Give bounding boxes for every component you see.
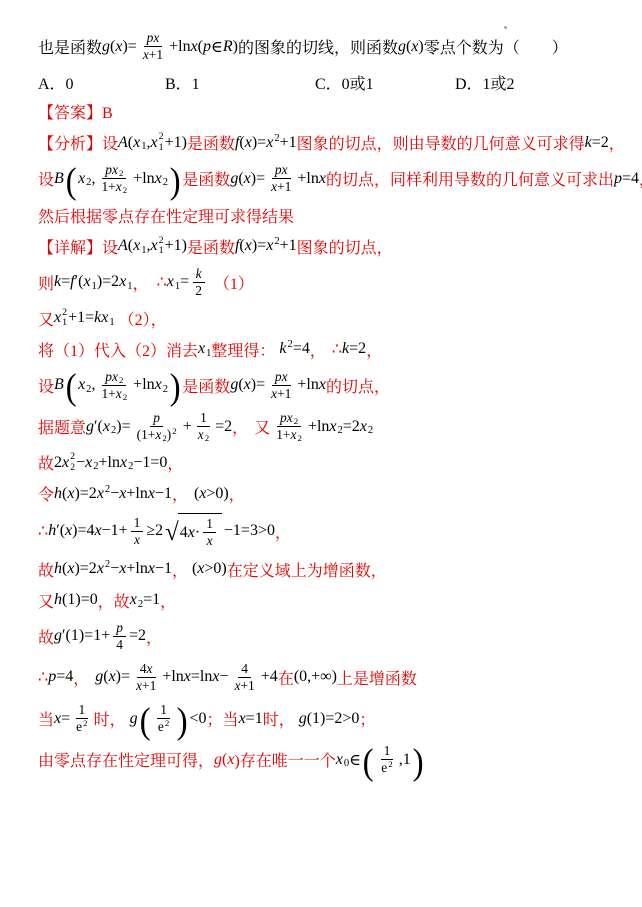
math-text: +1 xyxy=(240,678,254,694)
math-var: px xyxy=(147,30,160,46)
fraction: px21+x2 xyxy=(98,369,130,402)
math-text: − xyxy=(110,560,119,578)
math-var: x xyxy=(116,386,122,402)
subscript: 1 xyxy=(141,245,146,256)
text-run-red: 当 xyxy=(38,707,54,730)
math-var: x xyxy=(97,560,104,578)
text-run-red: ， xyxy=(160,589,176,612)
math-text: =4 xyxy=(56,668,73,686)
detail-line-7: 故2x22−x2+lnx2−1=0， xyxy=(38,451,622,474)
answer-line: 【答案】B xyxy=(38,100,622,123)
fraction-denominator: x2 xyxy=(195,427,212,443)
math-text: 零点个数为（ ） xyxy=(424,35,568,58)
detail-line-4: 将（1）代入（2）消去x1整理得：k2=4，∴k=2， xyxy=(38,338,622,361)
math-var: x xyxy=(78,376,85,394)
fraction-denominator: 1+x2 xyxy=(98,386,130,402)
fraction-denominator: x xyxy=(204,533,216,549)
math-text: )=4 xyxy=(72,522,94,540)
math-var: x xyxy=(115,38,122,56)
option-B: B．1 xyxy=(165,71,315,94)
math-var: x xyxy=(207,533,213,549)
text-run-red: ， xyxy=(366,338,382,361)
fraction-denominator: 1+x2 xyxy=(273,427,305,443)
text-run-red: 又 xyxy=(38,589,54,612)
math-text: +ln xyxy=(99,454,120,472)
math-text: +1 xyxy=(149,47,163,63)
math-text: )= xyxy=(252,237,266,255)
math-var: k xyxy=(342,340,349,358)
math-var: p xyxy=(203,38,211,56)
text-run-red: ∴ xyxy=(157,272,167,292)
math-text: <0 xyxy=(190,710,207,728)
superscript: 2 xyxy=(105,484,110,495)
math-var: k xyxy=(279,340,286,358)
math-text: +ln xyxy=(297,376,318,394)
math-text: +ln xyxy=(162,668,183,686)
stray-mark xyxy=(504,26,507,29)
subscript: 2 xyxy=(368,425,373,436)
subscript: 1 xyxy=(159,143,164,153)
math-text: )=2 xyxy=(97,273,119,291)
math-var: x xyxy=(244,170,251,188)
subscript: 2 xyxy=(86,384,91,395)
math-var: x xyxy=(148,485,155,503)
subscript: 1 xyxy=(92,281,97,292)
math-var: g xyxy=(54,627,62,645)
subscript: 2 xyxy=(93,461,98,472)
text-run-red: ∴ xyxy=(332,339,342,359)
text-run-red: ， xyxy=(73,666,89,689)
math-text: e xyxy=(158,719,164,735)
sub-sup-stack: 21 xyxy=(159,132,164,153)
math-var: p xyxy=(48,668,56,686)
math-text: =2 xyxy=(349,340,366,358)
math-var: x xyxy=(119,560,126,578)
math-var: A xyxy=(118,237,128,255)
math-var: p xyxy=(153,410,160,426)
detail-line-9: ∴h′(x)=4x−1+1x≥2√4x·1x−1=3>0， xyxy=(38,513,622,549)
text-run-red: ， xyxy=(609,131,625,154)
math-var: x xyxy=(244,376,251,394)
fraction-numerator: 1 xyxy=(76,702,89,719)
fraction-numerator: 1 xyxy=(203,516,216,533)
math-text: e xyxy=(381,760,387,776)
math-text: =1 xyxy=(143,591,160,609)
analysis-line-3: 然后根据零点存在性定理可求得结果 xyxy=(38,204,622,227)
subscript: 2 xyxy=(119,168,123,179)
text-run-red: 故 xyxy=(38,625,54,648)
subscript: 0 xyxy=(344,758,349,769)
math-text: >0) xyxy=(206,485,228,503)
fraction: 1e2 xyxy=(73,702,90,735)
subscript: 2 xyxy=(205,433,209,444)
text-run-red: ，故 xyxy=(98,589,130,612)
detail-line-8: 令h(x)=2x2−x+lnx−1，(x>0)， xyxy=(38,482,622,505)
fraction: 1x xyxy=(203,516,216,549)
analysis-line-1: 【分析】设A(x1,x21+1)是函数f(x)=x2+1图象的切点，则由导数的几… xyxy=(38,131,622,154)
math-text: = xyxy=(61,710,70,728)
math-var: x xyxy=(109,668,116,686)
math-text: (1)=2>0 xyxy=(307,710,360,728)
text-run-red: 【答案】B xyxy=(38,100,113,123)
detail-line-6: 据题意g′(x2)=p(1+x2)2+1x2=2，又px21+x2+lnx2=2… xyxy=(38,410,622,443)
math-text: +1 xyxy=(280,237,297,255)
subscript: 1 xyxy=(127,281,132,292)
math-var: x xyxy=(266,237,273,255)
superscript: 2 xyxy=(83,718,87,729)
fraction-numerator: k xyxy=(193,266,205,283)
math-var: x xyxy=(239,710,246,728)
fraction: 1e2 xyxy=(378,743,395,776)
math-text: 也是函数 xyxy=(38,35,102,58)
fraction-denominator: (1+x2)2 xyxy=(134,427,180,443)
math-text: +4 xyxy=(261,668,278,686)
text-run-red: ， xyxy=(146,625,162,648)
math-var: x xyxy=(148,560,155,578)
radical-sign-icon: √ xyxy=(165,521,179,546)
text-run-red: ， xyxy=(232,415,248,438)
fraction-numerator: p xyxy=(113,620,126,637)
subscript: 2 xyxy=(297,433,301,444)
fraction: k2 xyxy=(192,266,205,299)
math-var: x xyxy=(94,522,101,540)
math-text: ∈ xyxy=(349,750,361,770)
math-var: x xyxy=(120,454,127,472)
text-run-red: 上是增函数 xyxy=(337,666,417,689)
math-var: x xyxy=(184,668,191,686)
fraction-denominator: e2 xyxy=(155,719,172,735)
math-text: =2 xyxy=(592,134,609,152)
subscript: 2 xyxy=(294,416,298,427)
math-text: )=2 xyxy=(74,485,96,503)
subscript: 2 xyxy=(111,425,116,436)
text-run-red: 是函数 xyxy=(182,167,230,190)
text-run-red: 设 xyxy=(38,374,54,397)
text-run-red: 是函数 xyxy=(182,374,230,397)
fraction: 1x xyxy=(131,515,144,548)
math-text: ∈ xyxy=(211,37,223,57)
subscript: 1 xyxy=(141,141,146,152)
math-var: g xyxy=(130,710,138,728)
fraction: 4xx+1 xyxy=(133,661,159,694)
math-text: 1 xyxy=(160,702,167,718)
math-text: − xyxy=(219,668,228,686)
sub-sup-stack: 22 xyxy=(70,452,75,473)
superscript: 2 xyxy=(172,426,176,437)
fraction: p(1+x2)2 xyxy=(134,410,180,443)
math-text: 1+ xyxy=(101,179,115,195)
math-var: g xyxy=(230,376,238,394)
math-text: )= xyxy=(116,668,130,686)
math-var: B xyxy=(54,376,64,394)
subscript: 1 xyxy=(206,348,211,359)
superscript: 2 xyxy=(288,339,293,350)
math-var: x xyxy=(130,591,137,609)
fraction: px21+x2 xyxy=(98,162,130,195)
subscript: 1 xyxy=(159,246,164,256)
math-text: 2 xyxy=(195,283,202,299)
fraction: pxx+1 xyxy=(268,369,294,402)
math-var-red: g xyxy=(214,751,222,769)
math-text: +1= xyxy=(68,309,94,327)
math-var: B xyxy=(54,170,64,188)
fraction-numerator: px2 xyxy=(102,369,126,386)
math-text: =2 xyxy=(215,418,232,436)
subscript: 2 xyxy=(123,185,127,196)
math-text: )= xyxy=(251,170,265,188)
math-var-red: x xyxy=(227,751,234,769)
math-text: )= xyxy=(122,38,136,56)
math-var: x xyxy=(411,38,418,56)
fraction-numerator: 4x xyxy=(137,661,156,678)
subscript: 2 xyxy=(162,433,166,444)
math-text: = xyxy=(180,273,189,291)
math-text: , xyxy=(91,170,95,188)
math-var: x xyxy=(336,751,343,769)
math-var: x xyxy=(245,134,252,152)
subscript: 2 xyxy=(163,177,168,188)
math-text: 1 xyxy=(200,410,207,426)
subscript: 2 xyxy=(163,384,168,395)
subscript: 2 xyxy=(70,463,75,473)
math-var: x xyxy=(155,376,162,394)
math-var: A xyxy=(118,134,128,152)
text-run-red: 时， xyxy=(94,707,126,730)
math-text: =2 xyxy=(343,418,360,436)
fraction: 1x2 xyxy=(195,410,212,443)
fraction-denominator: 1+x2 xyxy=(98,179,130,195)
detail-line-12: 故g′(1)=1+p4=2， xyxy=(38,620,622,653)
fraction-denominator: e2 xyxy=(378,760,395,776)
fraction-numerator: 1 xyxy=(131,515,144,532)
math-var: g xyxy=(95,668,103,686)
math-text: )=2 xyxy=(74,560,96,578)
math-var: g xyxy=(102,38,110,56)
math-var: px xyxy=(105,162,118,178)
math-var: p xyxy=(116,620,123,636)
text-run-red: 故 xyxy=(38,558,54,581)
math-text: +1 xyxy=(165,237,182,255)
math-text: 4 xyxy=(116,637,123,653)
text-run-red: 的切点，同样利用导数的几何意义可求出 xyxy=(326,167,614,190)
fraction-numerator: 1 xyxy=(157,702,170,719)
fraction: pxx+1 xyxy=(268,162,294,195)
math-text: +ln xyxy=(133,170,154,188)
math-text: 1 xyxy=(206,516,213,532)
math-text: +ln xyxy=(126,560,147,578)
math-var: x xyxy=(83,273,90,291)
text-run-red: 在 xyxy=(278,666,294,689)
math-var: x xyxy=(62,454,69,472)
text-run-red: 则 xyxy=(38,271,54,294)
math-var: px xyxy=(105,369,118,385)
text-run-red: 时， xyxy=(263,707,295,730)
fraction-denominator: e2 xyxy=(73,719,90,735)
math-var: g xyxy=(398,38,406,56)
math-var: p xyxy=(614,170,622,188)
math-var: x xyxy=(198,340,205,358)
math-text: +ln xyxy=(126,485,147,503)
superscript: 2 xyxy=(388,759,392,770)
text-run-red: ， xyxy=(172,482,188,505)
math-text: − xyxy=(110,485,119,503)
math-var: x xyxy=(319,376,326,394)
subscript: 2 xyxy=(338,425,343,436)
fraction-numerator: px xyxy=(272,369,291,386)
document-body: 也是函数g(x)=pxx+1+lnx(p∈R)的图象的切线，则函数g(x)零点个… xyxy=(0,0,642,777)
math-text: 1 xyxy=(134,515,141,531)
math-var: x xyxy=(155,170,162,188)
subscript: 2 xyxy=(123,392,127,403)
option-C: C．0或1 xyxy=(315,71,455,94)
math-var: g xyxy=(86,418,94,436)
math-var: h xyxy=(54,485,62,503)
detail-line-13: ∴p=4，g(x)=4xx+1+lnx=lnx−4x+1+4在(0,+∞)上是增… xyxy=(38,661,622,694)
math-text: −1 xyxy=(155,485,172,503)
fraction-denominator: x+1 xyxy=(232,678,258,694)
math-text: 4 xyxy=(241,661,248,677)
math-text: + xyxy=(183,418,192,436)
fraction-numerator: px xyxy=(144,30,163,47)
math-text: +1 xyxy=(165,134,182,152)
text-run-red: ， xyxy=(167,451,183,474)
text-run-red: )存在唯一一个 xyxy=(234,748,335,771)
fraction-denominator: 2 xyxy=(192,283,205,299)
fraction: 1e2 xyxy=(155,702,172,735)
math-var: x xyxy=(119,485,126,503)
detail-line-5: 设B(x2,px21+x2+lnx2)是函数g(x)=pxx+1+lnx的切点， xyxy=(38,369,622,402)
subscript: 2 xyxy=(86,177,91,188)
radical: √4x·1x xyxy=(165,513,222,549)
detail-line-3: 又x21+1=kx1（2）， xyxy=(38,307,622,330)
math-text: =2 xyxy=(129,627,146,645)
math-var: g xyxy=(299,710,307,728)
text-run-red: 的切点， xyxy=(326,374,390,397)
text-run-red: 又 xyxy=(38,307,54,330)
text-run-red: ；当 xyxy=(207,707,239,730)
math-text: 1 xyxy=(384,743,391,759)
math-var: x xyxy=(103,418,110,436)
math-var: R xyxy=(223,38,233,56)
math-var: x xyxy=(197,560,204,578)
options-row: A．0B．1C．0或1D．1或2 xyxy=(38,71,622,94)
fraction-numerator: 4 xyxy=(238,661,251,678)
fraction-denominator: x+1 xyxy=(140,47,166,63)
fraction-numerator: 1 xyxy=(381,743,394,760)
text-run-red: ， xyxy=(133,271,149,294)
math-text: ′(1)=1+ xyxy=(62,627,110,645)
text-run-red: 【详解】设 xyxy=(38,235,118,258)
math-var: x xyxy=(133,134,140,152)
math-text: − xyxy=(76,454,85,472)
math-text: =4 xyxy=(622,170,639,188)
math-text: 1 xyxy=(79,702,86,718)
math-var: x xyxy=(266,134,273,152)
text-run-red: ∴ xyxy=(38,667,48,687)
text-run-red: 整理得： xyxy=(211,338,275,361)
math-var: x xyxy=(329,418,336,436)
math-var: k xyxy=(54,273,61,291)
math-text: −1=3>0 xyxy=(224,522,275,540)
math-text: ′( xyxy=(94,418,103,436)
math-text: +1 xyxy=(277,179,291,195)
detail-line-11: 又h(1)=0，故x2=1， xyxy=(38,589,622,612)
math-text: −1+ xyxy=(102,522,128,540)
detail-line-1: 【详解】设A(x1,x21+1)是函数f(x)=x2+1图象的切点， xyxy=(38,235,622,258)
math-var: g xyxy=(230,170,238,188)
text-run-red: ， xyxy=(310,338,326,361)
math-text: )= xyxy=(252,134,266,152)
fraction-denominator: x+1 xyxy=(133,678,159,694)
math-text: · xyxy=(195,524,200,542)
sub-sup-stack: 21 xyxy=(159,236,164,257)
math-var: x xyxy=(198,427,204,443)
math-text: 1+ xyxy=(101,386,115,402)
math-var: x xyxy=(319,170,326,188)
text-run-red: 图象的切点， xyxy=(297,235,393,258)
fraction-numerator: p xyxy=(150,410,163,427)
math-text: (1+ xyxy=(137,427,156,443)
detail-line-14: 当x=1e2时，g(1e2)<0；当x=1时，g(1)=2>0； xyxy=(38,702,622,735)
subscript: 1 xyxy=(109,317,114,328)
math-text: e xyxy=(76,719,82,735)
text-run-red: 图象的切点，则由导数的几何意义可求得 xyxy=(297,131,585,154)
math-var: k xyxy=(196,266,202,282)
text-run-red: 令 xyxy=(38,482,54,505)
math-text: 的图象的切线，则函数 xyxy=(238,35,398,58)
math-text: (0,+∞) xyxy=(294,668,337,686)
math-var: x xyxy=(199,485,206,503)
math-var: x xyxy=(188,524,195,542)
math-var: x xyxy=(119,273,126,291)
superscript: 2 xyxy=(165,718,169,729)
math-var: x xyxy=(54,710,61,728)
text-run-red: ； xyxy=(359,707,375,730)
math-text: = xyxy=(61,273,70,291)
radical-body: 4x·1x xyxy=(178,513,222,549)
math-var: x xyxy=(134,532,140,548)
math-var: x xyxy=(85,454,92,472)
math-var: h xyxy=(54,560,62,578)
math-var: x xyxy=(65,522,72,540)
fraction-numerator: px2 xyxy=(102,162,126,179)
math-var: x xyxy=(54,309,61,327)
fraction: px21+x2 xyxy=(273,410,305,443)
subscript: 1 xyxy=(62,318,67,328)
math-text: =4 xyxy=(293,340,310,358)
math-text: =1 xyxy=(246,710,263,728)
text-run-red: （1） xyxy=(214,271,254,294)
analysis-line-2: 设B(x2,px21+x2+lnx2)是函数g(x)=pxx+1+lnx的切点，… xyxy=(38,162,622,195)
detail-line-15: 由零点存在性定理可得，g(x)存在唯一一个x0∈(1e2,1) xyxy=(38,743,622,776)
math-text: (1)=0 xyxy=(62,591,98,609)
fraction-denominator: x+1 xyxy=(268,386,294,402)
math-text: >0) xyxy=(204,560,226,578)
text-run-red: （2）， xyxy=(119,307,167,330)
math-var: px xyxy=(275,162,288,178)
fraction-denominator: x+1 xyxy=(268,179,294,195)
fraction-denominator: x xyxy=(131,532,143,548)
text-run-red: ， xyxy=(275,520,291,543)
math-text: +1 xyxy=(142,678,156,694)
math-text: ≥2 xyxy=(146,522,163,540)
text-run-red: 是函数 xyxy=(187,235,235,258)
detail-line-2: 则k=f′(x1)=2x1，∴x1=k2（1） xyxy=(38,266,622,299)
math-var: x xyxy=(116,179,122,195)
text-run-red: 设 xyxy=(38,167,54,190)
fraction-numerator: 1 xyxy=(197,410,210,427)
text-run-red: ， xyxy=(172,558,188,581)
